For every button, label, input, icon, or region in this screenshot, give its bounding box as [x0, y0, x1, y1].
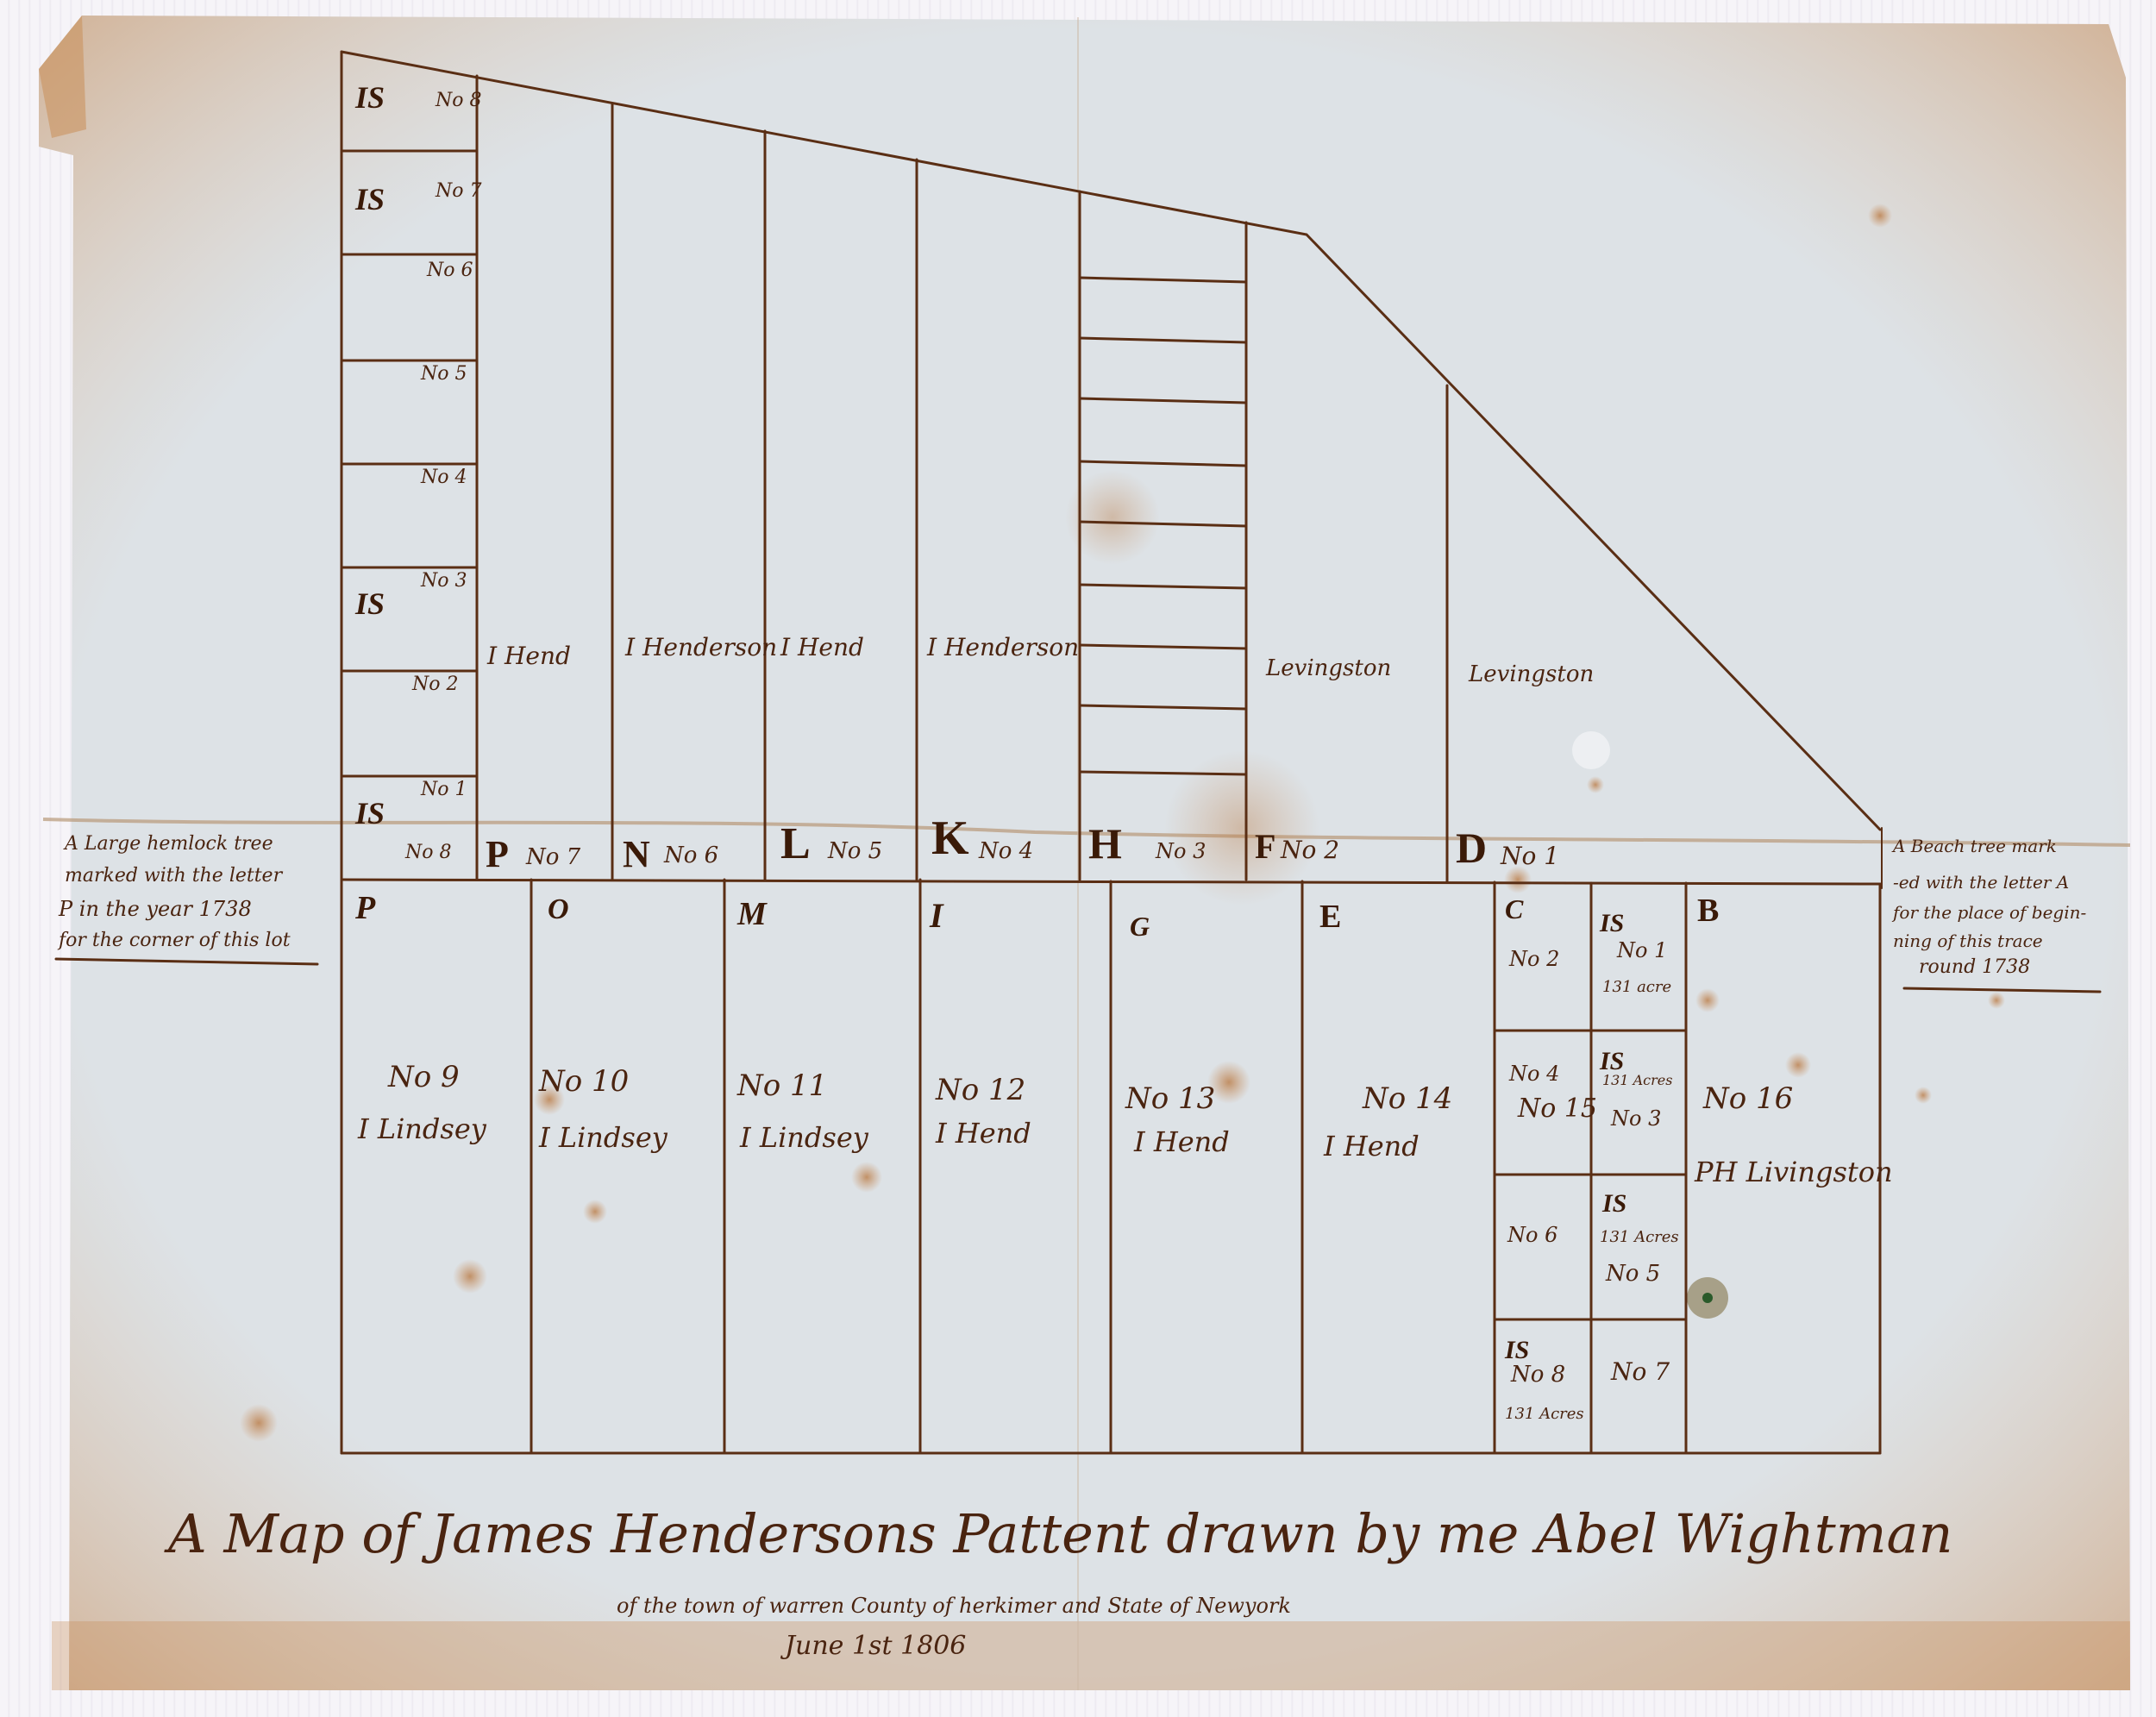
svg-text:A Large hemlock tree: A Large hemlock tree — [63, 833, 273, 855]
lot-number: No 8 — [435, 90, 482, 111]
lot-letter: N — [623, 833, 650, 875]
lot-letter: C — [1505, 893, 1524, 924]
lot-number: No 5 — [827, 838, 882, 864]
lot-owner: I Hend — [780, 633, 864, 661]
lot-owner: I Hend — [935, 1117, 1031, 1150]
lot-number: No 1 — [420, 779, 467, 800]
lot-number: No 6 — [663, 843, 718, 868]
lot-owner: I Lindsey — [739, 1121, 869, 1154]
lot-owner: I Henderson — [624, 633, 777, 661]
lot-owner: I Hend — [1133, 1125, 1230, 1158]
lot-number: No 1 — [1500, 842, 1559, 870]
svg-text:-ed with the letter A: -ed with the letter A — [1893, 872, 2069, 893]
sublot-mark: IS — [1601, 1189, 1626, 1218]
lot-letter: D — [1456, 824, 1487, 872]
svg-text:A Beach tree mark: A Beach tree mark — [1891, 836, 2057, 856]
sublot-number: No 1 — [1616, 938, 1667, 962]
map-title: A Map of James Hendersons Pattent drawn … — [164, 1502, 1952, 1565]
lot-number: No 3 — [1155, 839, 1206, 863]
lot-owner: PH Livingston — [1694, 1156, 1893, 1188]
lot-letter: E — [1319, 899, 1341, 935]
sublot-mark: IS — [1599, 909, 1624, 937]
lot-letter: M — [736, 896, 768, 932]
lot-number: No 15 — [1517, 1093, 1597, 1124]
svg-text:for the place of begin-: for the place of begin- — [1891, 902, 2087, 923]
lot-letter: H — [1088, 819, 1122, 868]
lot-owner: Levingston — [1265, 655, 1391, 681]
lot-owner: I Hend — [486, 642, 571, 670]
lot-number: No 14 — [1362, 1081, 1452, 1116]
lot-letter: F — [1255, 827, 1275, 866]
lot-letter: L — [780, 819, 811, 868]
svg-text:P in the year 1738: P in the year 1738 — [58, 897, 252, 921]
lot-number: No 7 — [525, 844, 581, 870]
lot-letter: G — [1130, 911, 1150, 942]
lot-owner: Levingston — [1468, 661, 1594, 687]
map-date: June 1st 1806 — [780, 1631, 966, 1661]
paper-sheet — [39, 16, 2130, 1690]
map-canvas: IS No 8 IS No 7 No 6 No 5 No 4 IS No 3 N… — [0, 0, 2156, 1717]
lot-letter: P — [486, 833, 509, 875]
lot-number: No 8 — [404, 842, 452, 863]
lot-owner: I Lindsey — [538, 1121, 668, 1154]
sublot-acres: 131 Acres — [1600, 1228, 1679, 1246]
svg-text:ning of this trace: ning of this trace — [1893, 931, 2043, 951]
sublot-number: No 5 — [1605, 1261, 1660, 1287]
sublot-number: No 8 — [1510, 1362, 1565, 1388]
lot-number: No 13 — [1125, 1081, 1215, 1116]
lot-number: No 6 — [426, 260, 473, 281]
sublot-acres: 131 Acres — [1505, 1405, 1584, 1423]
lot-owner: I Lindsey — [357, 1112, 487, 1145]
map-subtitle: of the town of warren County of herkimer… — [617, 1594, 1291, 1618]
lot-number: No 3 — [420, 570, 467, 592]
lot-number: No 16 — [1702, 1081, 1793, 1116]
sublot-number: No 3 — [1610, 1106, 1661, 1131]
sublot-number: No 7 — [1610, 1357, 1670, 1386]
lot-number: No 4 — [978, 838, 1033, 864]
svg-text:marked with the letter: marked with the letter — [65, 865, 284, 887]
lot-letter: I — [929, 896, 944, 935]
sublot-acres: 131 acre — [1602, 978, 1671, 996]
lot-number: No 12 — [935, 1073, 1025, 1107]
lot-number: No 2 — [1280, 836, 1339, 864]
lot-number: No 9 — [387, 1060, 460, 1094]
lot-letter: O — [548, 893, 569, 925]
lot-mark: IS — [354, 796, 385, 830]
sublot-number: No 6 — [1507, 1223, 1557, 1247]
sublot-mark: IS — [1504, 1336, 1529, 1364]
lot-mark: IS — [354, 586, 385, 621]
lot-number: No 2 — [411, 674, 459, 695]
lot-owner: I Henderson — [926, 633, 1079, 661]
lot-number: No 7 — [435, 180, 482, 202]
svg-text:for the corner of this lot: for the corner of this lot — [57, 930, 291, 951]
sublot-number: No 4 — [1508, 1062, 1559, 1086]
lot-number: No 5 — [420, 363, 467, 385]
lot-number: No 11 — [736, 1068, 827, 1103]
lot-mark: IS — [354, 80, 385, 115]
lot-number: No 10 — [538, 1064, 629, 1099]
lot-mark: IS — [354, 182, 385, 216]
lot-number: No 4 — [420, 467, 467, 488]
svg-text:round 1738: round 1738 — [1919, 956, 2030, 978]
sublot-acres: 131 Acres — [1602, 1072, 1672, 1088]
sublot-number: No 2 — [1508, 947, 1559, 971]
lot-owner: I Hend — [1323, 1130, 1420, 1162]
lot-letter: K — [931, 812, 969, 865]
lot-letter: P — [354, 890, 376, 926]
lot-letter: B — [1697, 893, 1719, 929]
